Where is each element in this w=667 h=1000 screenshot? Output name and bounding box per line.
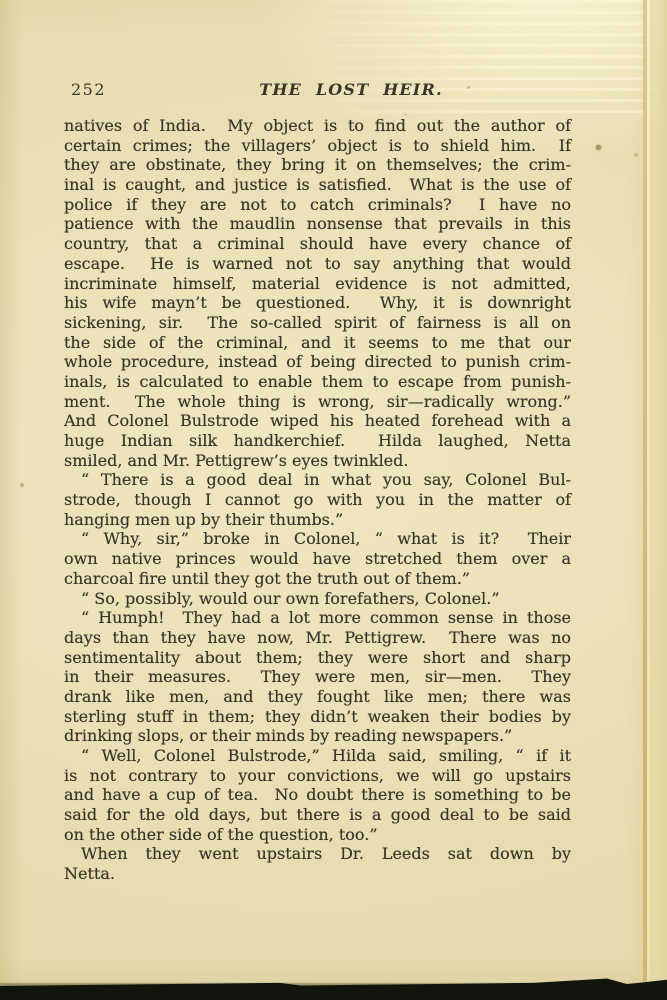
text-line: Netta. [64,864,571,884]
text-line: days than they have now, Mr. Pettigrew. … [64,628,571,648]
text-line: country, that a criminal should have eve… [64,234,571,254]
paragraph: “ Why, sir,” broke in Colonel, “ what is… [64,529,571,588]
text-line: said for the old days, but there is a go… [64,805,571,825]
page-text: natives of India. My object is to find o… [64,116,571,884]
text-line: inal is caught, and justice is satisfied… [64,175,571,195]
paragraph: “ There is a good deal in what you say, … [64,470,571,529]
text-line: smiled, and Mr. Pettigrew’s eyes twinkle… [64,451,571,471]
text-line: charcoal fire until they got the truth o… [64,569,571,589]
text-line: the side of the criminal, and it seems t… [64,333,571,353]
text-line: huge Indian silk handkerchief. Hilda lau… [64,431,571,451]
page-header: 252 THE LOST HEIR. [0,80,667,104]
paper-speck [634,153,638,157]
text-line: hanging men up by their thumbs.” [64,510,571,530]
page-number: 252 [71,80,106,99]
text-line: whole procedure, instead of being direct… [64,352,571,372]
text-line: “ So, possibly, would our own forefather… [64,589,571,609]
running-title: THE LOST HEIR. [259,80,442,99]
page-edge-highlight [647,0,650,1000]
text-line: in their measures. They were men, sir—me… [64,667,571,687]
paper-speck [467,86,470,89]
text-line: “ Humph! They had a lot more common sens… [64,608,571,628]
text-line: incriminate himself, material evidence i… [64,274,571,294]
text-line: certain crimes; the villagers’ object is… [64,136,571,156]
text-line: sterling stuff in them; they didn’t weak… [64,707,571,727]
text-line: “ There is a good deal in what you say, … [64,470,571,490]
text-line: strode, though I cannot go with you in t… [64,490,571,510]
text-line: police if they are not to catch criminal… [64,195,571,215]
paper-speck [404,113,407,116]
text-line: they are obstinate, they bring it on the… [64,155,571,175]
text-line: sickening, sir. The so-called spirit of … [64,313,571,333]
paper-speck [596,145,601,150]
text-line: “ Why, sir,” broke in Colonel, “ what is… [64,529,571,549]
text-line: When they went upstairs Dr. Leeds sat do… [64,844,571,864]
text-line: ment. The whole thing is wrong, sir—radi… [64,392,571,412]
text-line: inals, is calculated to enable them to e… [64,372,571,392]
text-line: is not contrary to your convictions, we … [64,766,571,786]
text-line: natives of India. My object is to find o… [64,116,571,136]
text-line: own native princes would have stretched … [64,549,571,569]
text-line: his wife mayn’t be questioned. Why, it i… [64,293,571,313]
paper-speck [20,483,24,487]
text-line: drank like men, and they fought like men… [64,687,571,707]
scan-dark-band [0,978,667,1000]
paragraph: “ Humph! They had a lot more common sens… [64,608,571,746]
text-line: And Colonel Bulstrode wiped his heated f… [64,411,571,431]
text-line: sentimentality about them; they were sho… [64,648,571,668]
page-edge-strip [650,0,667,1000]
paragraph: natives of India. My object is to find o… [64,116,571,470]
text-line: “ Well, Colonel Bulstrode,” Hilda said, … [64,746,571,766]
text-line: on the other side of the question, too.” [64,825,571,845]
text-line: patience with the maudlin nonsense that … [64,214,571,234]
paragraph: “ So, possibly, would our own forefather… [64,589,571,609]
text-line: escape. He is warned not to say anything… [64,254,571,274]
paragraph: “ Well, Colonel Bulstrode,” Hilda said, … [64,746,571,844]
text-line: drinking slops, or their minds by readin… [64,726,571,746]
text-line: and have a cup of tea. No doubt there is… [64,785,571,805]
paragraph: When they went upstairs Dr. Leeds sat do… [64,844,571,883]
book-page-scan: 252 THE LOST HEIR. natives of India. My … [0,0,667,1000]
